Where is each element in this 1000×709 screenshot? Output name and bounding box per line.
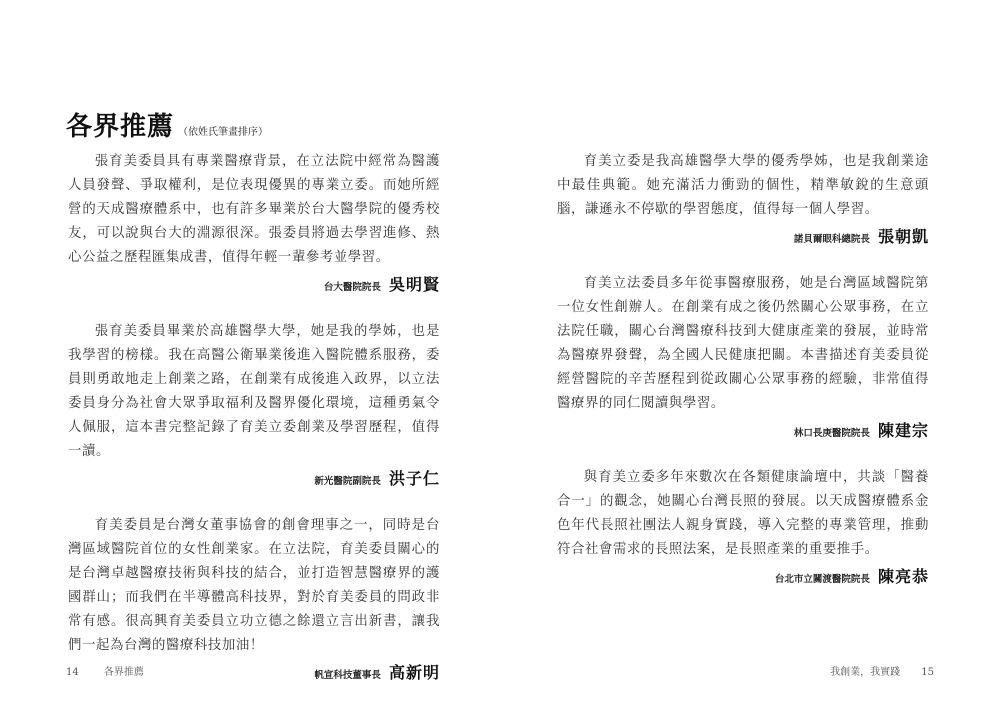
signer-name: 陳亮恭 [878,567,929,586]
page-number: 14 [66,667,79,678]
signer-name: 洪子仁 [389,469,440,488]
signer-name: 吳明賢 [389,275,440,294]
endorsement: 與育美立委多年來數次在各類健康論壇中，共談「醫養合一」的觀念，她關心台灣長照的發… [557,466,929,590]
signer-title: 台大醫院院長 [324,282,381,293]
endorsement-signature: 林口長庚醫院院長 陳建宗 [557,418,929,444]
endorsement-text: 與育美立委多年來數次在各類健康論壇中，共談「醫養合一」的觀念，她關心台灣長照的發… [557,466,929,562]
endorsement-signature: 台北市立關渡醫院院長 陳亮恭 [557,564,929,590]
endorsement-text: 育美委員是台灣女董事協會的創會理事之一，同時是台灣區域醫院首位的女性創業家。在立… [68,514,440,658]
endorsement: 育美立法委員多年從事醫療服務，她是台灣區域醫院第一位女性創辦人。在創業有成之後仍… [557,272,929,444]
endorsement: 育美立委是我高雄醫學大學的優秀學姊，也是我創業途中最佳典範。她充滿活力衝勁的個性… [557,150,929,250]
page-subtitle: （依姓氏筆畫排序） [178,123,268,138]
endorsement: 張育美委員具有專業醫療背景，在立法院中經常為醫護人員發聲、爭取權利，是位表現優異… [68,150,440,298]
right-footer: 我創業，我實踐 15 [830,663,934,678]
left-page: 各界推薦 （依姓氏筆畫排序） 張育美委員具有專業醫療背景，在立法院中經常為醫護人… [0,0,500,709]
endorsement-text: 育美立委是我高雄醫學大學的優秀學姊，也是我創業途中最佳典範。她充滿活力衝勁的個性… [557,150,929,222]
signer-title: 新光醫院副院長 [314,476,381,487]
running-header-book-title: 我創業，我實踐 [830,667,900,678]
right-page: 育美立委是我高雄醫學大學的優秀學姊，也是我創業途中最佳典範。她充滿活力衝勁的個性… [500,0,1000,709]
page-number: 15 [921,667,934,678]
signer-name: 高新明 [389,663,440,682]
signer-name: 張朝凱 [878,227,929,246]
endorsement-text: 育美立法委員多年從事醫療服務，她是台灣區域醫院第一位女性創辦人。在創業有成之後仍… [557,272,929,416]
running-header-section: 各界推薦 [104,667,144,678]
endorsement-signature: 新光醫院副院長 洪子仁 [68,466,440,492]
left-footer: 14 各界推薦 [66,663,144,678]
page-title: 各界推薦 [66,106,174,143]
left-column: 張育美委員具有專業醫療背景，在立法院中經常為醫護人員發聲、爭取權利，是位表現優異… [68,150,440,708]
signer-title: 帆宣科技董事長 [314,670,381,681]
endorsement-signature: 台大醫院院長 吳明賢 [68,272,440,298]
endorsement: 張育美委員畢業於高雄醫學大學，她是我的學姊，也是我學習的榜樣。我在高醫公衛畢業後… [68,320,440,492]
endorsement: 育美委員是台灣女董事協會的創會理事之一，同時是台灣區域醫院首位的女性創業家。在立… [68,514,440,686]
signer-title: 台北市立關渡醫院院長 [775,574,870,585]
signer-title: 林口長庚醫院院長 [794,428,870,439]
endorsement-text: 張育美委員畢業於高雄醫學大學，她是我的學姊，也是我學習的榜樣。我在高醫公衛畢業後… [68,320,440,464]
signer-name: 陳建宗 [878,421,929,440]
right-column: 育美立委是我高雄醫學大學的優秀學姊，也是我創業途中最佳典範。她充滿活力衝勁的個性… [557,150,929,612]
page-heading: 各界推薦 （依姓氏筆畫排序） [66,106,268,143]
endorsement-text: 張育美委員具有專業醫療背景，在立法院中經常為醫護人員發聲、爭取權利，是位表現優異… [68,150,440,270]
signer-title: 諾貝爾眼科總院長 [794,234,870,245]
endorsement-signature: 諾貝爾眼科總院長 張朝凱 [557,224,929,250]
